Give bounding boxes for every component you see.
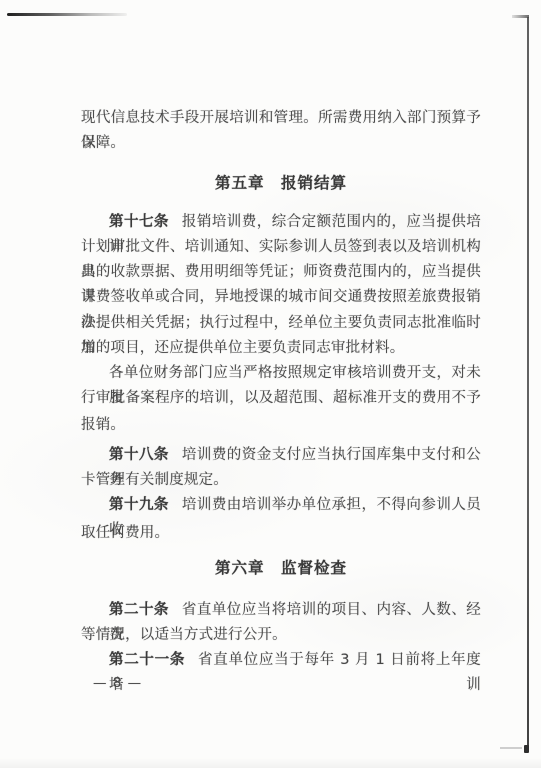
chapter-heading-6: 第六章 监督检查 [81, 556, 481, 581]
text-line: 计划审批文件、培训通知、实际参训人员签到表以及培训机构出 [81, 235, 481, 260]
text-line: 加的项目，还应提供单位主要负责同志审批材料。 [81, 336, 481, 361]
chapter-heading-5: 第五章 报销结算 [81, 171, 481, 196]
text-line: 报销。 [81, 413, 481, 438]
article-number: 第十八条 [109, 447, 169, 463]
scan-artifact-bottom-blob [524, 745, 529, 753]
scan-artifact-right-edge-line [527, 17, 529, 749]
text-line: 取任何费用。 [81, 521, 481, 546]
text-line: 各单位财务部门应当严格按照规定审核培训费开支，对未履 [81, 361, 481, 386]
scanned-document-page: 现代信息技术手段开展培训和管理。所需费用纳入部门预算予以 保障。 第五章 报销结… [0, 0, 541, 768]
article-number: 第十九条 [109, 497, 169, 513]
article-number: 第十七条 [109, 214, 169, 230]
text-line: 具的收款票据、费用明细等凭证；师资费范围内的，应当提供讲 [81, 260, 481, 285]
text-line: 等情况，以适当方式进行公开。 [81, 623, 481, 648]
text-line: 行审批备案程序的培训，以及超范围、超标准开支的费用不予 [81, 386, 481, 411]
chapter-title: 第六章 监督检查 [215, 559, 347, 577]
line-text: 报销。 [81, 417, 125, 433]
article-21-line: 第二十一条省直单位应当于每年 3 月 1 日前将上年度培训 [81, 648, 481, 673]
article-number: 第二十一条 [109, 652, 185, 668]
text-line: 现代信息技术手段开展培训和管理。所需费用纳入部门预算予以 [81, 106, 481, 131]
scan-artifact-bottom-dash [500, 747, 522, 749]
scan-artifact-top-left-line [7, 13, 127, 16]
article-20-line: 第二十条省直单位应当将培训的项目、内容、人数、经费 [81, 598, 481, 623]
article-number: 第二十条 [109, 602, 169, 618]
chapter-title: 第五章 报销结算 [215, 174, 347, 192]
article-18-line: 第十八条培训费的资金支付应当执行国库集中支付和公务 [81, 443, 481, 468]
article-17-line: 第十七条报销培训费，综合定额范围内的，应当提供培训 [81, 210, 481, 235]
line-text: 加的项目，还应提供单位主要负责同志审批材料。 [81, 340, 404, 356]
line-text: 等情况，以适当方式进行公开。 [81, 627, 287, 643]
text-line: 卡管理有关制度规定。 [81, 468, 481, 493]
text-line: 课费签收单或合同，异地授课的城市间交通费按照差旅费报销办 [81, 285, 481, 310]
text-line: 保障。 [81, 131, 481, 156]
text-line: 法提供相关凭据；执行过程中，经单位主要负责同志批准临时增 [81, 311, 481, 336]
page-number: — 8 — [93, 671, 142, 696]
line-text: 卡管理有关制度规定。 [81, 472, 228, 488]
line-text: 行审批备案程序的培训，以及超范围、超标准开支的费用不予 [81, 390, 481, 406]
article-19-line: 第十九条培训费由培训举办单位承担，不得向参训人员收 [81, 493, 481, 518]
line-text: 取任何费用。 [81, 525, 169, 541]
line-text: 保障。 [81, 135, 125, 151]
